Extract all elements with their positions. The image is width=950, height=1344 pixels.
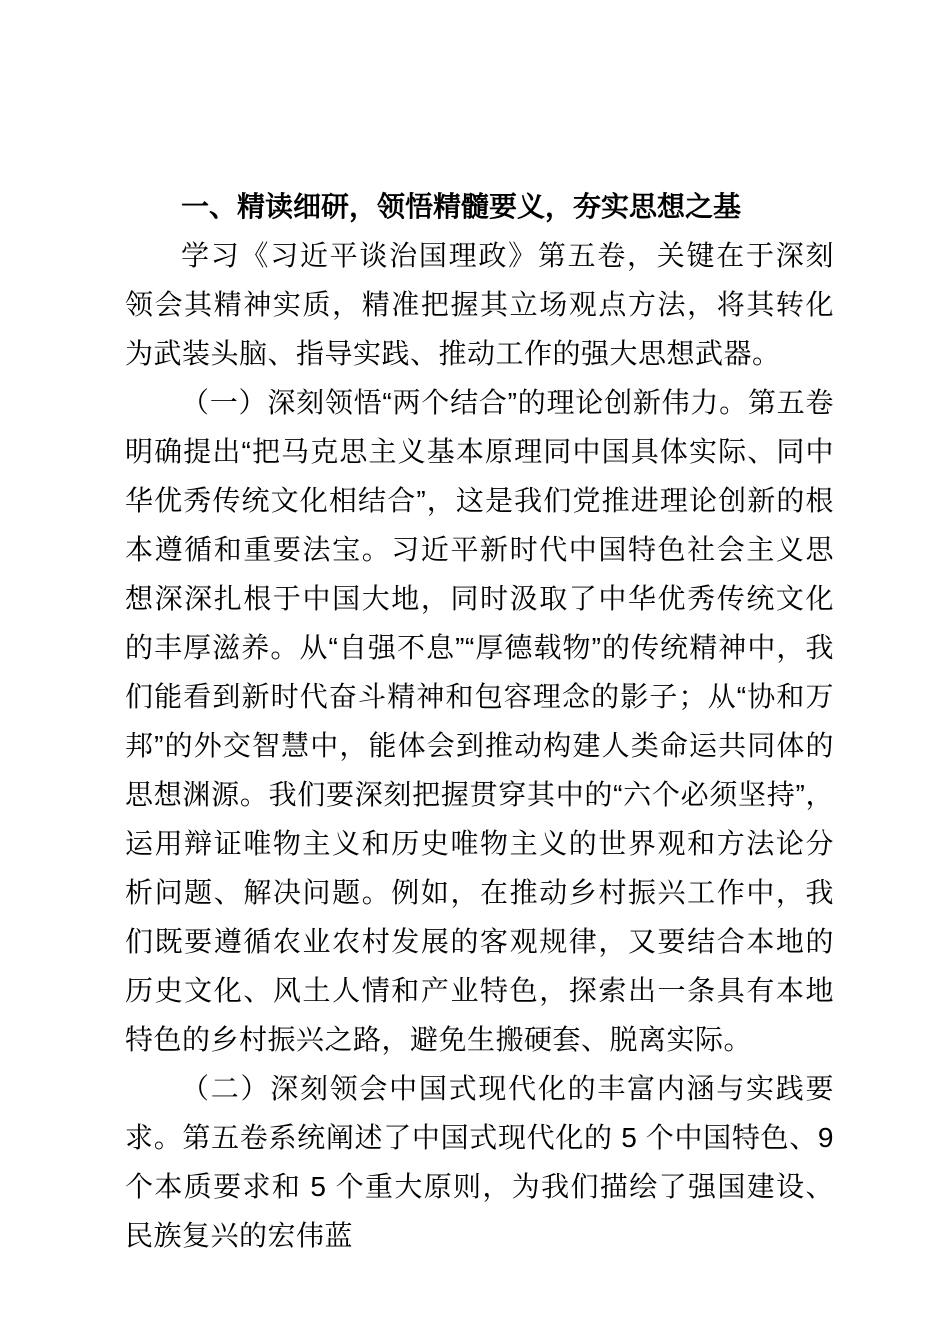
paragraph-point-two: （二）深刻领会中国式现代化的丰富内涵与实践要求。第五卷系统阐述了中国式现代化的 … <box>125 1064 834 1260</box>
section-heading: 一、精读细研，领悟精髓要义，夯实思想之基 <box>125 182 834 231</box>
paragraph-point-one: （一）深刻领悟“两个结合”的理论创新伟力。第五卷明确提出“把马克思主义基本原理同… <box>125 378 834 1064</box>
paragraph-intro: 学习《习近平谈治国理政》第五卷，关键在于深刻领会其精神实质，精准把握其立场观点方… <box>125 231 834 378</box>
document-page: 一、精读细研，领悟精髓要义，夯实思想之基 学习《习近平谈治国理政》第五卷，关键在… <box>0 0 950 1344</box>
